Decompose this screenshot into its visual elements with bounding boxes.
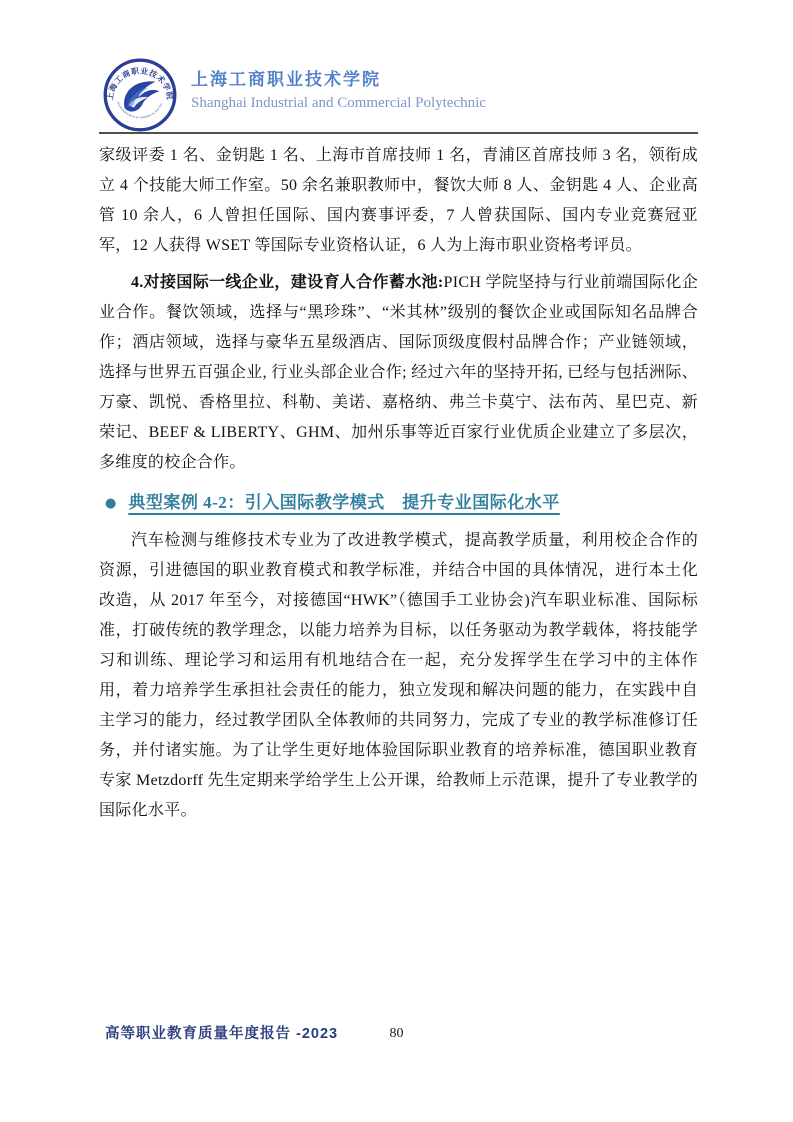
school-titles: 上海工商职业技术学院 Shanghai Industrial and Comme… bbox=[191, 58, 486, 113]
footer-report-title: 高等职业教育质量年度报告 -2023 bbox=[105, 1022, 338, 1046]
paragraph-enterprise-cooperation: 4.对接国际一线企业，建设育人合作蓄水池:PICH 学院坚持与行业前端国际化企业… bbox=[99, 268, 698, 478]
school-name-en: Shanghai Industrial and Commercial Polyt… bbox=[191, 93, 486, 113]
case-heading-title: 典型案例 4-2：引入国际教学模式 提升专业国际化水平 bbox=[128, 493, 559, 512]
page-footer: 高等职业教育质量年度报告 -2023 80 bbox=[0, 1022, 793, 1046]
case-heading-row: ●典型案例 4-2：引入国际教学模式 提升专业国际化水平 bbox=[99, 488, 698, 518]
paragraph-faculty-awards: 家级评委 1 名、金钥匙 1 名、上海市首席技师 1 名，青浦区首席技师 3 名… bbox=[99, 141, 698, 261]
school-logo: 上海工商职业技术学院 SHANGHAI INDUSTRIAL & COMMERC… bbox=[103, 58, 177, 132]
paragraph-lead-bold: 4.对接国际一线企业，建设育人合作蓄水池: bbox=[131, 274, 444, 291]
paragraph-case-detail: 汽车检测与维修技术专业为了改进教学模式，提高教学质量，利用校企合作的资源，引进德… bbox=[99, 526, 698, 826]
header-divider bbox=[99, 132, 698, 134]
page-body: 家级评委 1 名、金钥匙 1 名、上海市首席技师 1 名，青浦区首席技师 3 名… bbox=[99, 141, 698, 826]
page-header: 上海工商职业技术学院 SHANGHAI INDUSTRIAL & COMMERC… bbox=[103, 58, 486, 132]
school-emblem-icon: 上海工商职业技术学院 SHANGHAI INDUSTRIAL & COMMERC… bbox=[103, 58, 177, 132]
document-page: 上海工商职业技术学院 SHANGHAI INDUSTRIAL & COMMERC… bbox=[0, 0, 793, 1122]
footer-page-number: 80 bbox=[390, 1022, 404, 1046]
bullet-icon: ● bbox=[105, 496, 116, 511]
paragraph-lead-rest: PICH 学院坚持与行业前端国际化企业合作。餐饮领域，选择与“黑珍珠”、“米其林… bbox=[99, 274, 698, 471]
school-name-zh: 上海工商职业技术学院 bbox=[191, 70, 486, 90]
